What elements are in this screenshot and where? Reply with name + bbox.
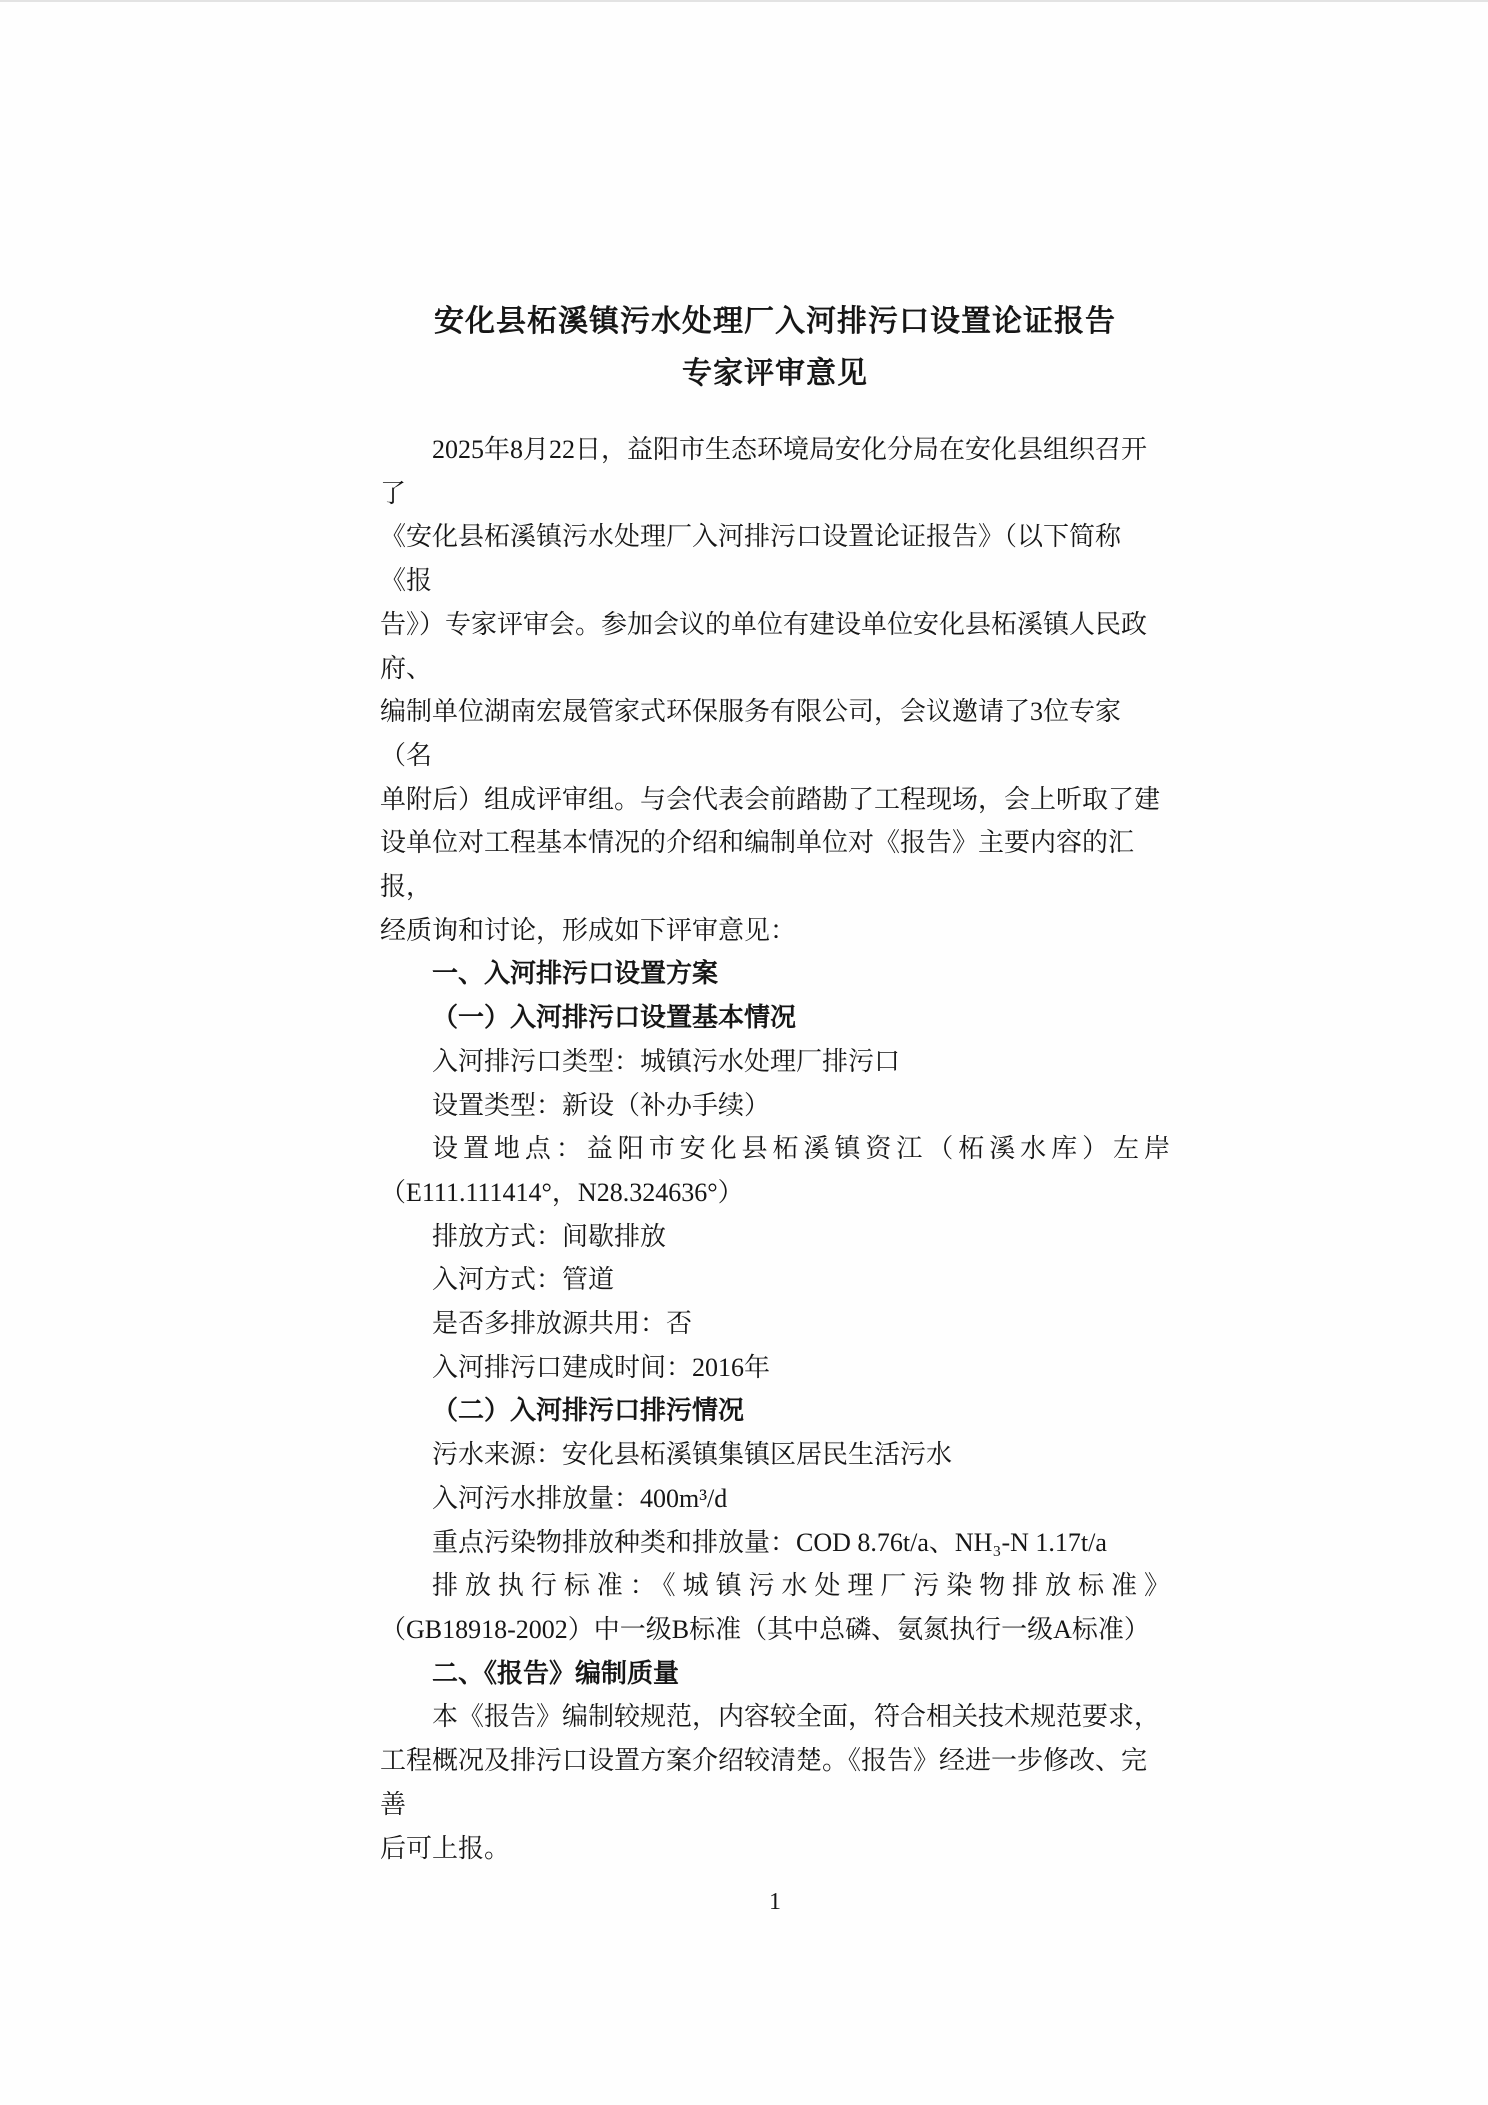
text-line: 《安化县柘溪镇污水处理厂入河排污口设置论证报告》（以下简称《报 [380,515,1170,602]
text-line: 工程概况及排污口设置方案介绍较清楚。《报告》经进一步修改、完善 [380,1739,1170,1826]
text-line: 污水来源：安化县柘溪镇集镇区居民生活污水 [380,1433,1170,1477]
section-heading: （一）入河排污口设置基本情况 [380,996,1170,1040]
text-line: 单附后）组成评审组。与会代表会前踏勘了工程现场，会上听取了建 [380,778,1170,822]
text-line: （E111.111414°，N28.324636°） [380,1171,1170,1215]
text-line: 经质询和讨论，形成如下评审意见： [380,909,1170,953]
text-line: （GB18918-2002）中一级B标准（其中总磷、氨氮执行一级A标准） [380,1608,1170,1652]
text-line: 重点污染物排放种类和排放量：COD 8.76t/a、NH₃-N 1.17t/a [380,1521,1170,1565]
section-heading: （二）入河排污口排污情况 [380,1389,1170,1433]
text-line: 告》）专家评审会。参加会议的单位有建设单位安化县柘溪镇人民政府、 [380,603,1170,690]
section-heading: 一、入河排污口设置方案 [380,952,1170,996]
document-content: 安化县柘溪镇污水处理厂入河排污口设置论证报告 专家评审意见 2025年8月22日… [380,296,1170,1918]
section-heading: 二、《报告》编制质量 [380,1652,1170,1696]
document-subtitle: 专家评审意见 [380,348,1170,400]
text-line: 后可上报。 [380,1827,1170,1871]
document-body: 2025年8月22日，益阳市生态环境局安化分局在安化县组织召开了 《安化县柘溪镇… [380,428,1170,1870]
scan-edge-line [0,0,1488,2]
scanned-document-page: 安化县柘溪镇污水处理厂入河排污口设置论证报告 专家评审意见 2025年8月22日… [0,0,1488,2105]
text-line: 排放方式：间歇排放 [380,1215,1170,1259]
text-line: 入河排污口类型：城镇污水处理厂排污口 [380,1040,1170,1084]
text-line: 入河污水排放量：400m³/d [380,1477,1170,1521]
text-line: 本《报告》编制较规范，内容较全面，符合相关技术规范要求， [380,1695,1170,1739]
text-line: 是否多排放源共用：否 [380,1302,1170,1346]
text-line: 排放执行标准：《城镇污水处理厂污染物排放标准》 [380,1564,1170,1608]
text-line: 入河排污口建成时间：2016年 [380,1346,1170,1390]
text-line: 编制单位湖南宏晟管家式环保服务有限公司，会议邀请了3位专家（名 [380,690,1170,777]
document-title: 安化县柘溪镇污水处理厂入河排污口设置论证报告 [380,296,1170,348]
text-line: 设置地点：益阳市安化县柘溪镇资江（柘溪水库）左岸 [380,1127,1170,1171]
text-line: 2025年8月22日，益阳市生态环境局安化分局在安化县组织召开了 [380,428,1170,515]
text-line: 设置类型：新设（补办手续） [380,1084,1170,1128]
page-number: 1 [380,1886,1170,1918]
text-line: 设单位对工程基本情况的介绍和编制单位对《报告》主要内容的汇报， [380,821,1170,908]
text-line: 入河方式：管道 [380,1258,1170,1302]
